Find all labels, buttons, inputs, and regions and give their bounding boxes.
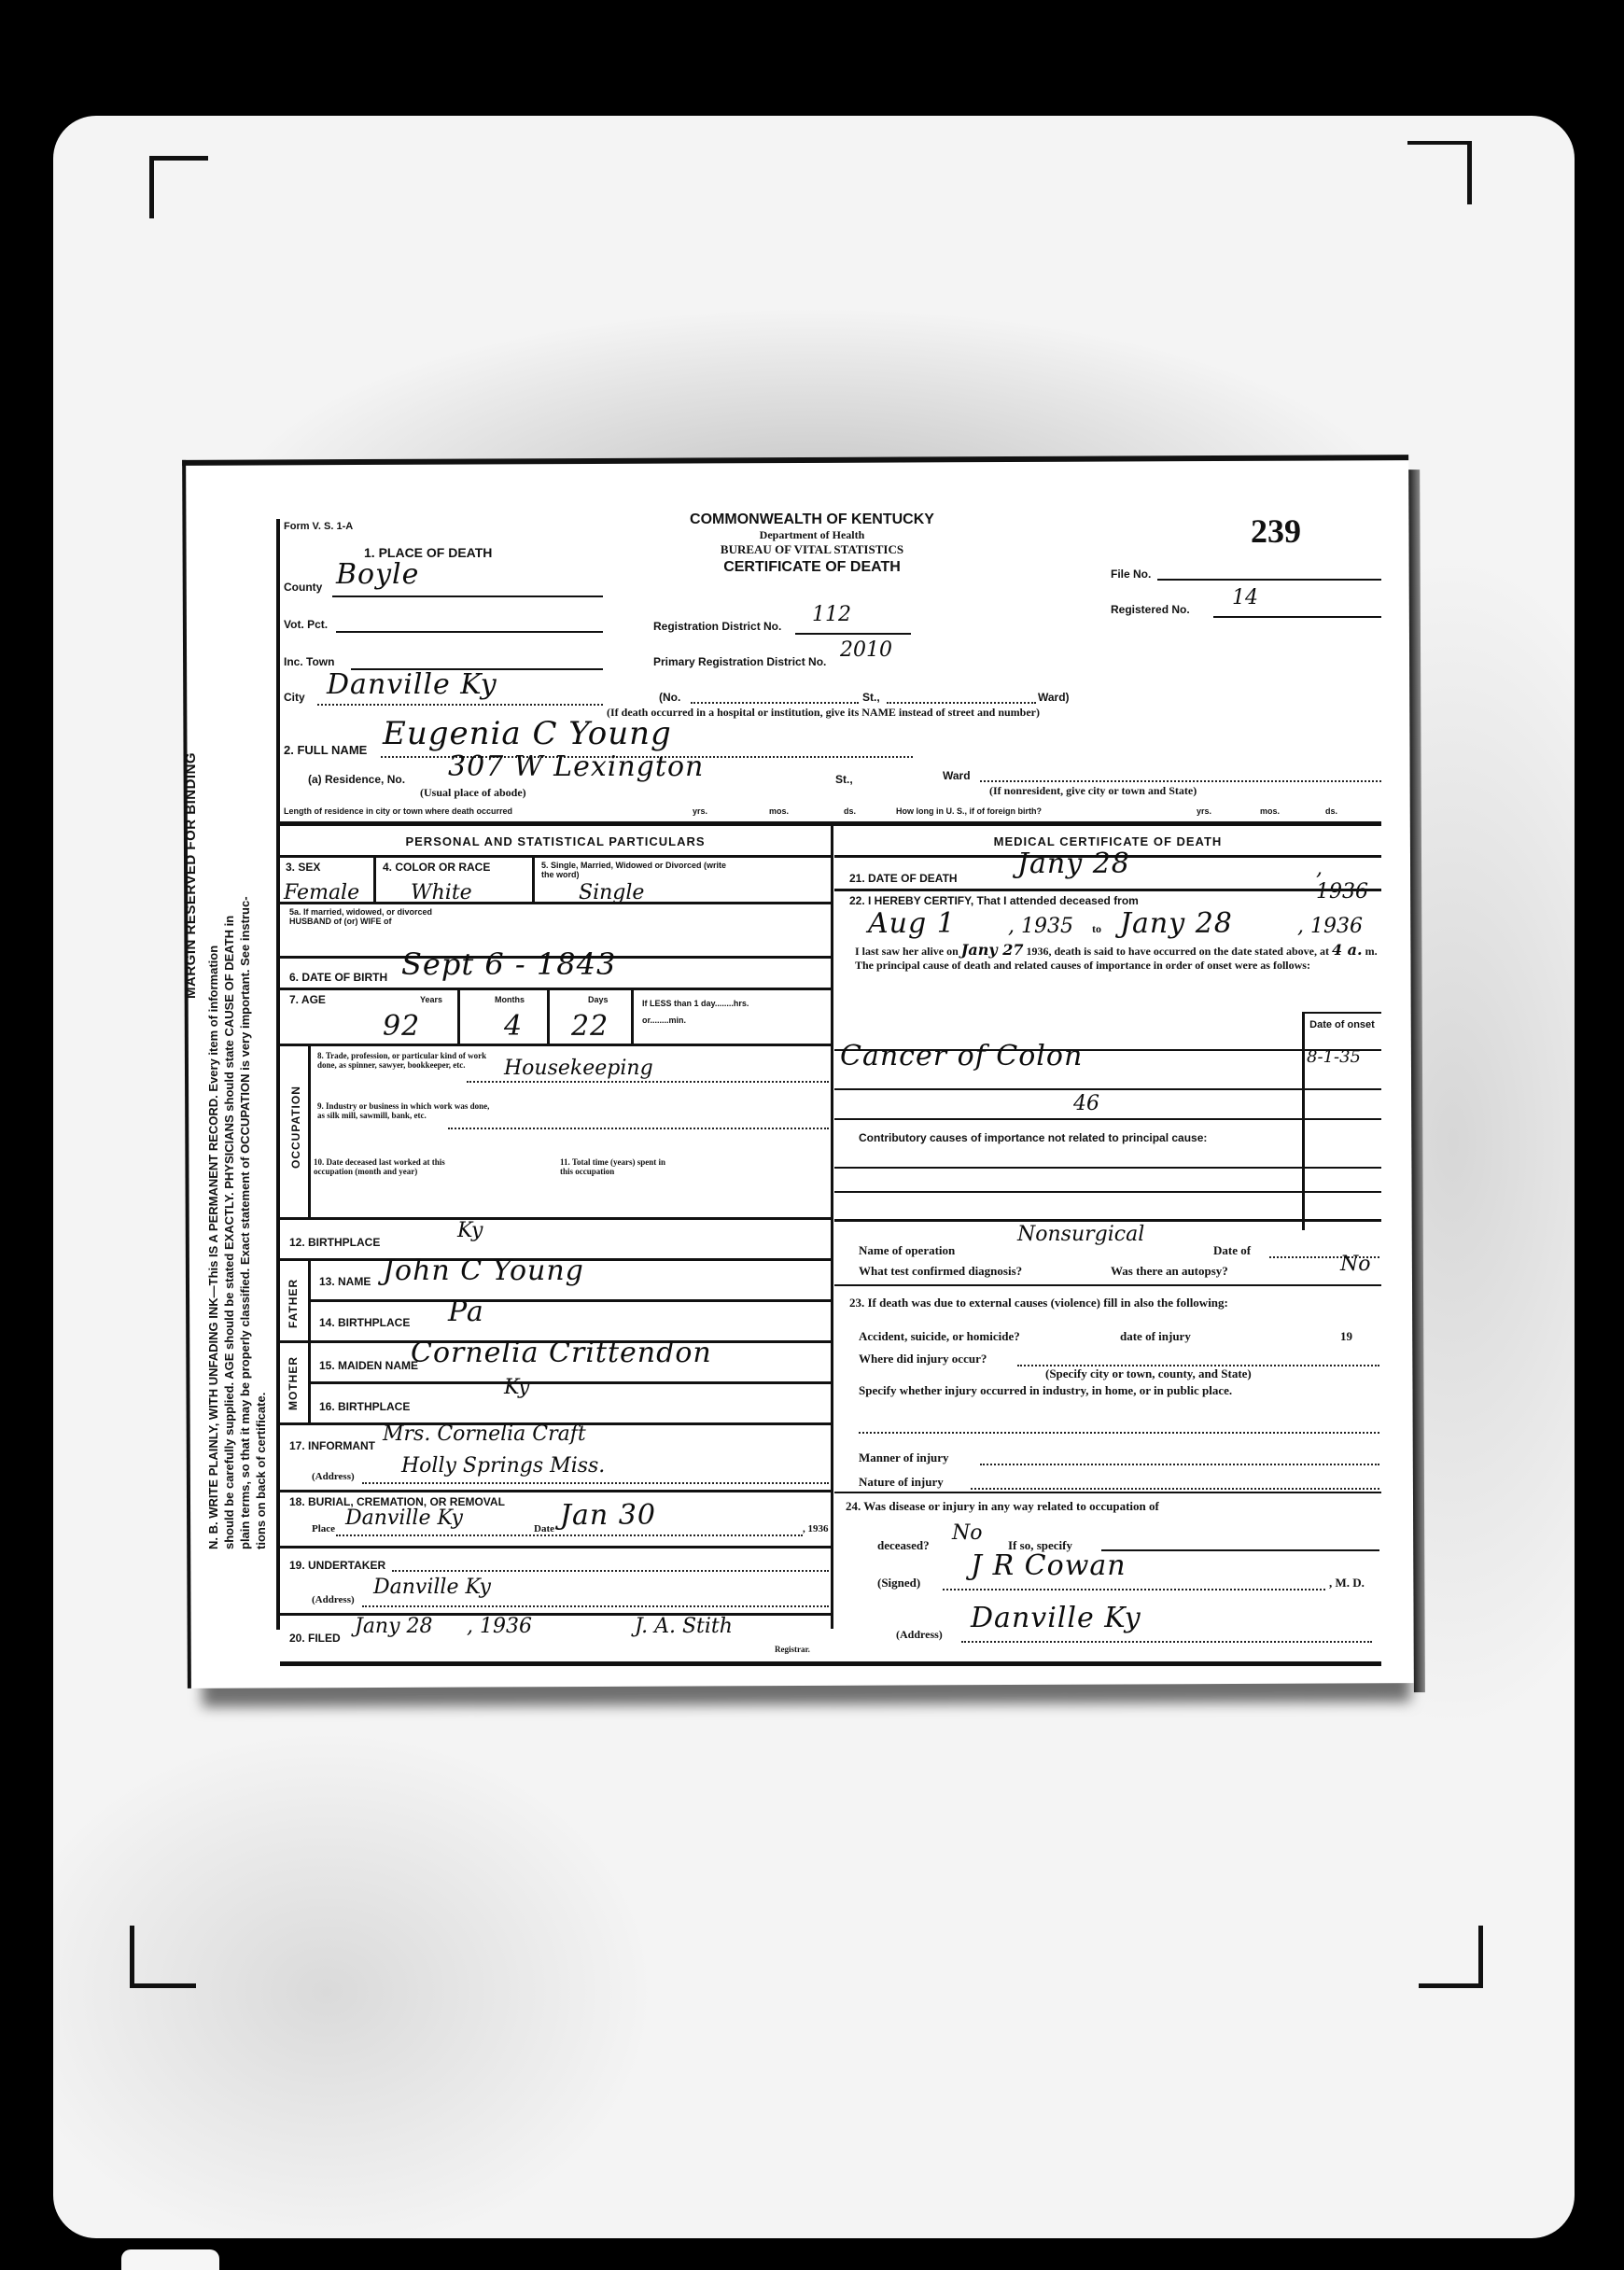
primary-reg-district-label: Primary Registration District No. — [653, 655, 826, 668]
city-label: City — [284, 691, 305, 704]
last-saw-text: I last saw her alive on Jany 27 1936, de… — [855, 943, 1378, 973]
where-label: Where did injury occur? — [859, 1352, 987, 1366]
death-said-label: death is said to have occurred on the da… — [1055, 945, 1329, 958]
last-saw-label: I last saw her alive on — [855, 945, 959, 958]
age-months-value[interactable]: 4 — [504, 1010, 523, 1043]
father-name-value[interactable]: John C Young — [383, 1254, 584, 1287]
filed-label: 20. FILED — [289, 1632, 341, 1645]
to-label: to — [1092, 922, 1101, 936]
death-certificate-form: Form V. S. 1-A 1. PLACE OF DEATH County … — [280, 511, 1379, 1632]
no-label: (No. — [659, 691, 680, 704]
burial-place-value[interactable]: Danville Ky — [345, 1506, 463, 1530]
full-name-value[interactable]: Eugenia C Young — [383, 715, 672, 752]
bureau-name: BUREAU OF VITAL STATISTICS — [635, 542, 989, 557]
autopsy-label: Was there an autopsy? — [1111, 1264, 1228, 1279]
injury-date-label: date of injury — [1120, 1329, 1191, 1344]
film-sprocket-tab — [121, 2249, 219, 2270]
nature-label: Nature of injury — [859, 1475, 944, 1490]
informant-label: 17. INFORMANT — [289, 1439, 375, 1452]
industry-label: 9. Industry or business in which work wa… — [317, 1101, 495, 1120]
attended-to-value[interactable]: Jany 28 — [1120, 907, 1233, 940]
attended-from-value[interactable]: Aug 1 — [868, 907, 956, 940]
length-residence-label: Length of residence in city or town wher… — [284, 806, 512, 816]
informant-value[interactable]: Mrs. Cornelia Craft — [383, 1422, 586, 1446]
foreign-mos-label: mos. — [1260, 806, 1280, 816]
vot-pct-label: Vot. Pct. — [284, 618, 328, 631]
state-name: COMMONWEALTH OF KENTUCKY — [635, 511, 989, 528]
primary-reg-district-value[interactable]: 2010 — [840, 638, 892, 662]
informant-address-label: (Address) — [312, 1471, 355, 1482]
m-label: m. — [1365, 945, 1378, 958]
mos-label: mos. — [769, 806, 789, 816]
age-years-value[interactable]: 92 — [383, 1010, 420, 1043]
registered-no-value[interactable]: 14 — [1232, 586, 1258, 610]
father-name-label: 13. NAME — [319, 1275, 371, 1288]
informant-address-value[interactable]: Holly Springs Miss. — [401, 1454, 605, 1478]
medical-section-title: MEDICAL CERTIFICATE OF DEATH — [834, 834, 1381, 848]
father-birthplace-value[interactable]: Pa — [448, 1296, 484, 1328]
burial-date-value[interactable]: Jan 30 — [560, 1499, 656, 1532]
years-label: Years — [420, 995, 442, 1004]
race-label: 4. COLOR OR RACE — [383, 861, 490, 874]
cause-intro: The principal cause of death and related… — [855, 959, 1310, 972]
inc-town-label: Inc. Town — [284, 655, 334, 668]
foreign-yrs-label: yrs. — [1197, 806, 1211, 816]
spouse-label: 5a. If married, widowed, or divorced HUS… — [289, 907, 476, 926]
test-label: What test confirmed diagnosis? — [859, 1264, 1022, 1279]
age-days-value[interactable]: 22 — [571, 1010, 609, 1043]
crop-mark-top-left — [149, 156, 208, 218]
residence-st-label: St., — [835, 773, 853, 786]
ward-label: Ward) — [1038, 691, 1070, 704]
burial-place-label: Place — [312, 1523, 335, 1534]
last-worked-label: 10. Date deceased last worked at this oc… — [314, 1157, 482, 1176]
father-birthplace-label: 14. BIRTHPLACE — [319, 1316, 410, 1329]
instruction-line-1: N. B. WRITE PLAINLY, WITH UNFADING INK—T… — [205, 541, 221, 1549]
md-label: , M. D. — [1329, 1576, 1365, 1590]
registered-no-label: Registered No. — [1111, 603, 1190, 616]
date-of-label: Date of — [1213, 1243, 1251, 1258]
residence-ward-label: Ward — [943, 769, 971, 782]
mother-side-label: MOTHER — [287, 1354, 300, 1410]
margin-instructions: MARGIN RESERVED FOR BINDING N. B. WRITE … — [205, 541, 269, 1549]
full-name-label: 2. FULL NAME — [284, 743, 367, 757]
reg-district-label: Registration District No. — [653, 620, 781, 633]
foreign-ds-label: ds. — [1325, 806, 1337, 816]
cause-row-1[interactable]: Cancer of Colon — [840, 1040, 1083, 1072]
reg-district-value[interactable]: 112 — [812, 603, 851, 626]
death-time[interactable]: 4 a. — [1332, 941, 1363, 959]
crop-mark-bottom-right — [1419, 1926, 1483, 1988]
father-side-label: FATHER — [287, 1272, 300, 1328]
dob-value[interactable]: Sept 6 - 1843 — [401, 946, 616, 982]
mother-birthplace-value[interactable]: Ky — [504, 1376, 529, 1399]
attended-from-year: , 1935 — [1008, 915, 1073, 938]
city-value[interactable]: Danville Ky — [327, 668, 497, 701]
address-label: (Address) — [896, 1628, 943, 1642]
occupation-related-label: 24. Was disease or injury in any way rel… — [846, 1499, 1159, 1514]
date-onset-label: Date of onset — [1305, 1019, 1379, 1030]
where-note: (Specify city or town, county, and State… — [1045, 1366, 1252, 1381]
months-label: Months — [495, 995, 525, 1004]
ds-label: ds. — [844, 806, 856, 816]
autopsy-value[interactable]: No — [1340, 1253, 1371, 1276]
crop-mark-bottom-left — [130, 1926, 196, 1988]
days-label: Days — [588, 995, 609, 1004]
accident-label: Accident, suicide, or homicide? — [859, 1329, 1020, 1344]
residence-value[interactable]: 307 W Lexington — [448, 750, 704, 783]
manner-label: Manner of injury — [859, 1450, 949, 1465]
birthplace-value[interactable]: Ky — [457, 1219, 483, 1242]
st-label: St., — [862, 691, 880, 704]
date-of-death-label: 21. DATE OF DEATH — [849, 872, 958, 885]
header-block: COMMONWEALTH OF KENTUCKY Department of H… — [635, 511, 989, 576]
registrar-label: Registrar. — [775, 1645, 810, 1654]
age-label: 7. AGE — [289, 993, 326, 1006]
abode-note: (Usual place of abode) — [420, 786, 526, 800]
county-value[interactable]: Boyle — [336, 558, 419, 591]
date-of-death-value[interactable]: Jany 28 — [1017, 848, 1130, 880]
last-saw-year: 1936 — [1027, 945, 1049, 958]
attended-to-year: , 1936 — [1297, 915, 1363, 938]
injury-year-label: 19 — [1340, 1329, 1352, 1344]
last-saw-date[interactable]: Jany 27 — [961, 941, 1024, 959]
date-of-death-year: , 1936 — [1316, 857, 1379, 904]
file-no-label: File No. — [1111, 567, 1151, 581]
stamp-number: 239 — [1251, 511, 1301, 551]
form-number: Form V. S. 1-A — [284, 521, 353, 532]
mother-birthplace-label: 16. BIRTHPLACE — [319, 1400, 410, 1413]
trade-label: 8. Trade, profession, or particular kind… — [317, 1051, 495, 1070]
undertaker-label: 19. UNDERTAKER — [289, 1559, 385, 1572]
registrar-signature: J. A. Stith — [635, 1615, 733, 1638]
less-than-day-label: If LESS than 1 day........hrs. or.......… — [642, 995, 763, 1029]
instruction-line-4: tions on back of certificate. — [253, 541, 269, 1549]
signed-label: (Signed) — [877, 1576, 920, 1590]
foreign-birth-label: How long in U. S., if of foreign birth? — [896, 806, 1042, 816]
cause-row-2[interactable]: 46 — [1073, 1092, 1099, 1115]
trade-value[interactable]: Housekeeping — [504, 1057, 653, 1080]
burial-year: , 1936 — [803, 1523, 829, 1534]
contributory-label: Contributory causes of importance not re… — [859, 1131, 1279, 1144]
occupation-related-value[interactable]: No — [952, 1521, 983, 1545]
nonresident-note: (If nonresident, give city or town and S… — [989, 784, 1197, 798]
certify-label: 22. I HEREBY CERTIFY, That I attended de… — [849, 894, 1139, 907]
burial-date-label: Date — [534, 1523, 554, 1534]
margin-reserved-label: MARGIN RESERVED FOR BINDING — [183, 752, 199, 999]
mother-maiden-label: 15. MAIDEN NAME — [319, 1359, 418, 1372]
filed-year: , 1936 — [467, 1615, 532, 1638]
instruction-line-2: should be carefully supplied. AGE should… — [221, 541, 237, 1549]
birthplace-label: 12. BIRTHPLACE — [289, 1236, 380, 1249]
occupation-side-label: OCCUPATION — [289, 1085, 302, 1169]
certificate-title: CERTIFICATE OF DEATH — [635, 559, 989, 576]
yrs-label: yrs. — [693, 806, 707, 816]
external-causes-label: 23. If death was due to external causes … — [849, 1296, 1378, 1310]
instruction-line-3: plain terms, so that it may be properly … — [237, 541, 253, 1549]
operation-value[interactable]: Nonsurgical — [1017, 1223, 1144, 1246]
column-divider — [831, 824, 833, 1629]
personal-section-title: PERSONAL AND STATISTICAL PARTICULARS — [280, 834, 831, 848]
physician-signature: J R Cowan — [971, 1549, 1127, 1582]
sex-label: 3. SEX — [286, 861, 320, 874]
form-left-rule — [276, 519, 280, 1630]
onset-row-1[interactable]: 8-1-35 — [1307, 1047, 1361, 1067]
undertaker-address-label: (Address) — [312, 1594, 355, 1605]
dob-label: 6. DATE OF BIRTH — [289, 971, 387, 984]
deceased-label: deceased? — [877, 1538, 930, 1553]
specify-label: Specify whether injury occurred in indus… — [859, 1383, 1378, 1397]
crop-mark-top-right — [1407, 141, 1472, 204]
marital-label: 5. Single, Married, Widowed or Divorced … — [541, 861, 728, 879]
undertaker-address-value[interactable]: Danville Ky — [373, 1576, 491, 1599]
operation-label: Name of operation — [859, 1243, 955, 1258]
residence-label: (a) Residence, No. — [308, 773, 405, 786]
physician-address[interactable]: Danville Ky — [971, 1602, 1141, 1634]
department-name: Department of Health — [635, 528, 989, 542]
county-label: County — [284, 581, 322, 594]
filed-date-value[interactable]: Jany 28 — [355, 1615, 433, 1638]
mother-maiden-value[interactable]: Cornelia Crittendon — [411, 1337, 712, 1369]
total-time-label: 11. Total time (years) spent in this occ… — [560, 1157, 672, 1176]
